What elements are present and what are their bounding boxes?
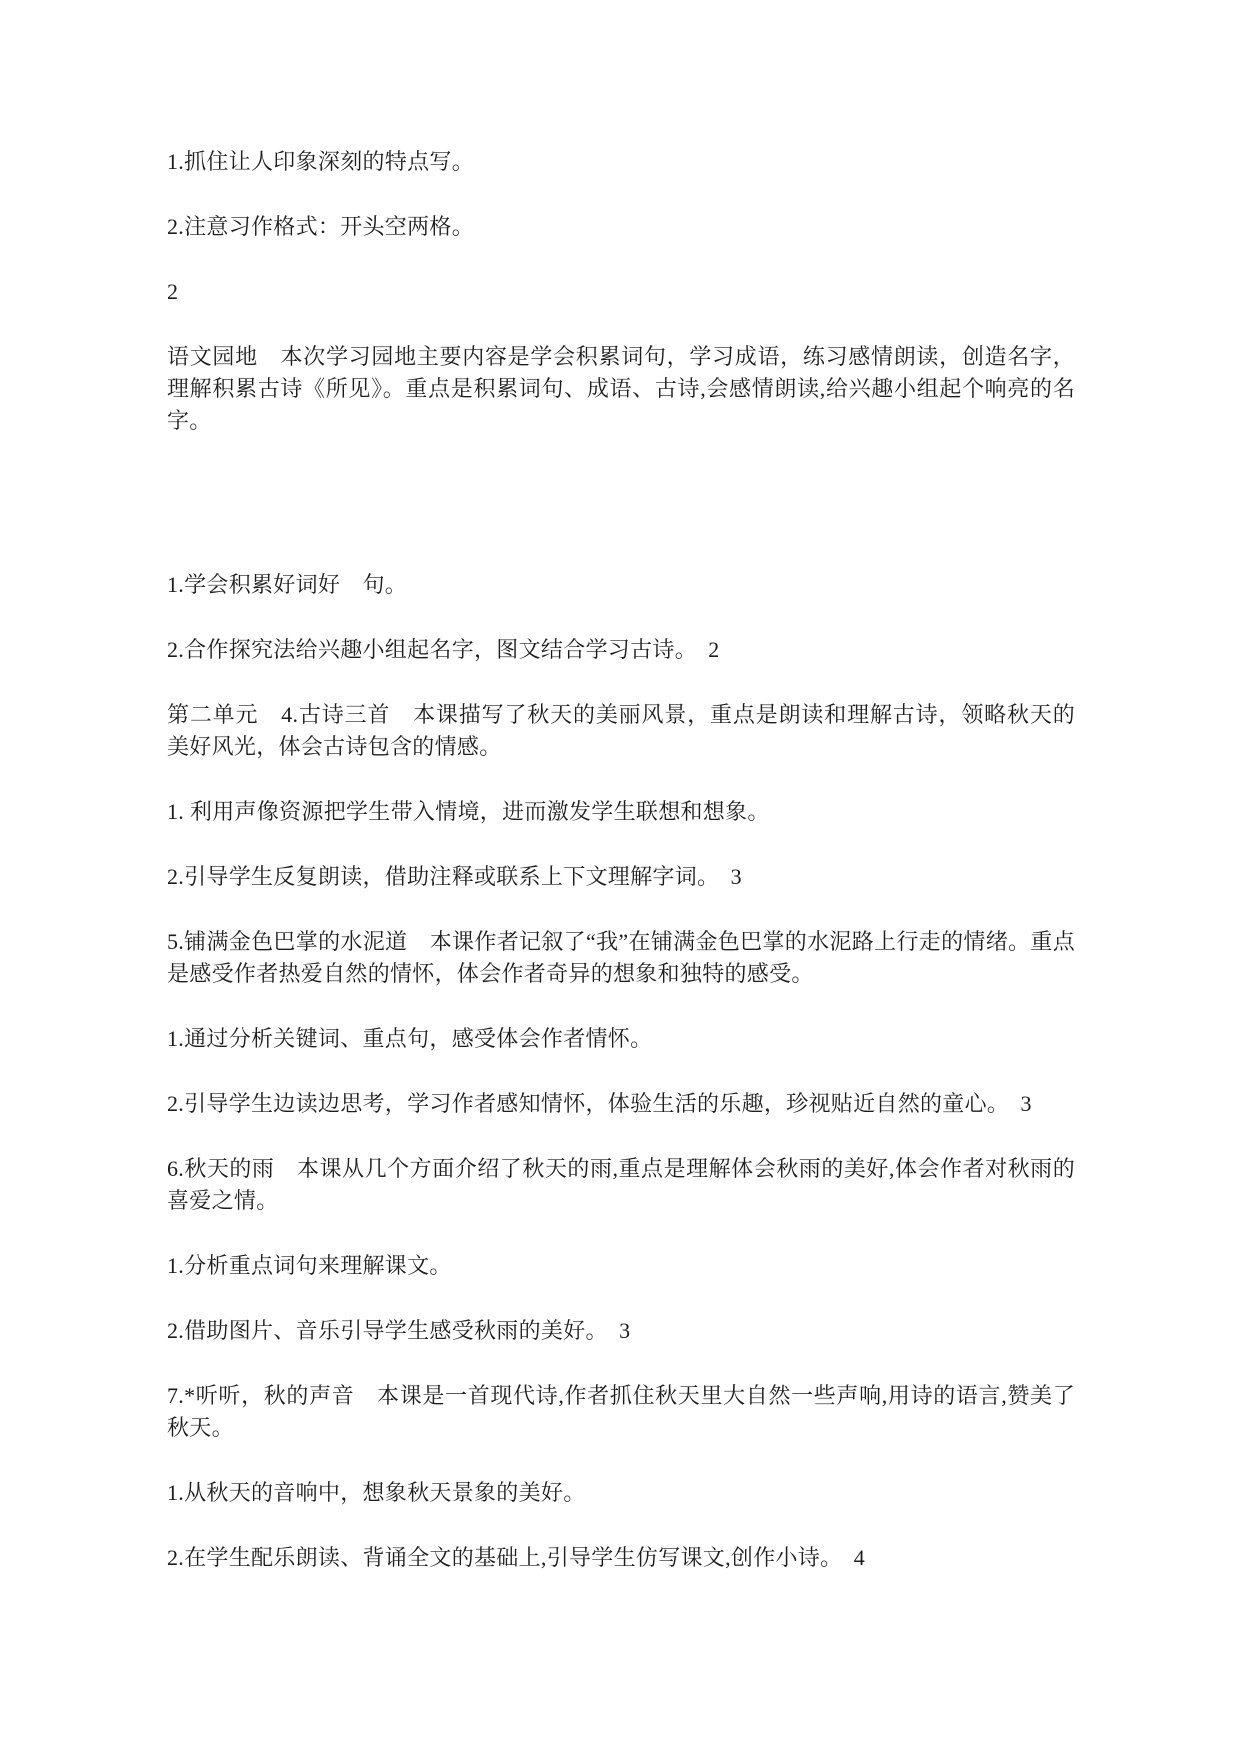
paragraph: 5.铺满金色巴掌的水泥道 本课作者记叙了“我”在铺满金色巴掌的水泥路上行走的情绪… [167, 926, 1075, 990]
paragraph: 2.借助图片、音乐引导学生感受秋雨的美好。 3 [167, 1315, 1075, 1347]
paragraph: 2.引导学生边读边思考，学习作者感知情怀，体验生活的乐趣，珍视贴近自然的童心。 … [167, 1088, 1075, 1120]
paragraph: 2.引导学生反复朗读，借助注释或联系上下文理解字词。 3 [167, 861, 1075, 893]
paragraph: 2.在学生配乐朗读、背诵全文的基础上,引导学生仿写课文,创作小诗。 4 [167, 1542, 1075, 1574]
document-body: 1.抓住让人印象深刻的特点写。 2.注意习作格式：开头空两格。 2 语文园地 本… [167, 146, 1075, 1607]
paragraph: 1. 利用声像资源把学生带入情境，进而激发学生联想和想象。 [167, 796, 1075, 828]
paragraph: 2.注意习作格式：开头空两格。 [167, 211, 1075, 243]
paragraph: 语文园地 本次学习园地主要内容是学会积累词句，学习成语，练习感情朗读，创造名字，… [167, 341, 1075, 437]
paragraph: 6.秋天的雨 本课从几个方面介绍了秋天的雨,重点是理解体会秋雨的美好,体会作者对… [167, 1153, 1075, 1217]
paragraph: 7.*听听，秋的声音 本课是一首现代诗,作者抓住秋天里大自然一些声响,用诗的语言… [167, 1380, 1075, 1444]
paragraph: 1.通过分析关键词、重点句，感受体会作者情怀。 [167, 1023, 1075, 1055]
standalone-number: 2 [167, 276, 1075, 308]
empty-paragraph [167, 470, 1075, 536]
paragraph: 第二单元 4.古诗三首 本课描写了秋天的美丽风景，重点是朗读和理解古诗，领略秋天… [167, 699, 1075, 763]
paragraph: 1.学会积累好词好 句。 [167, 569, 1075, 601]
paragraph: 2.合作探究法给兴趣小组起名字，图文结合学习古诗。 2 [167, 634, 1075, 666]
paragraph: 1.抓住让人印象深刻的特点写。 [167, 146, 1075, 178]
paragraph: 1.分析重点词句来理解课文。 [167, 1250, 1075, 1282]
paragraph: 1.从秋天的音响中，想象秋天景象的美好。 [167, 1477, 1075, 1509]
document-page: 1.抓住让人印象深刻的特点写。 2.注意习作格式：开头空两格。 2 语文园地 本… [0, 0, 1241, 1754]
